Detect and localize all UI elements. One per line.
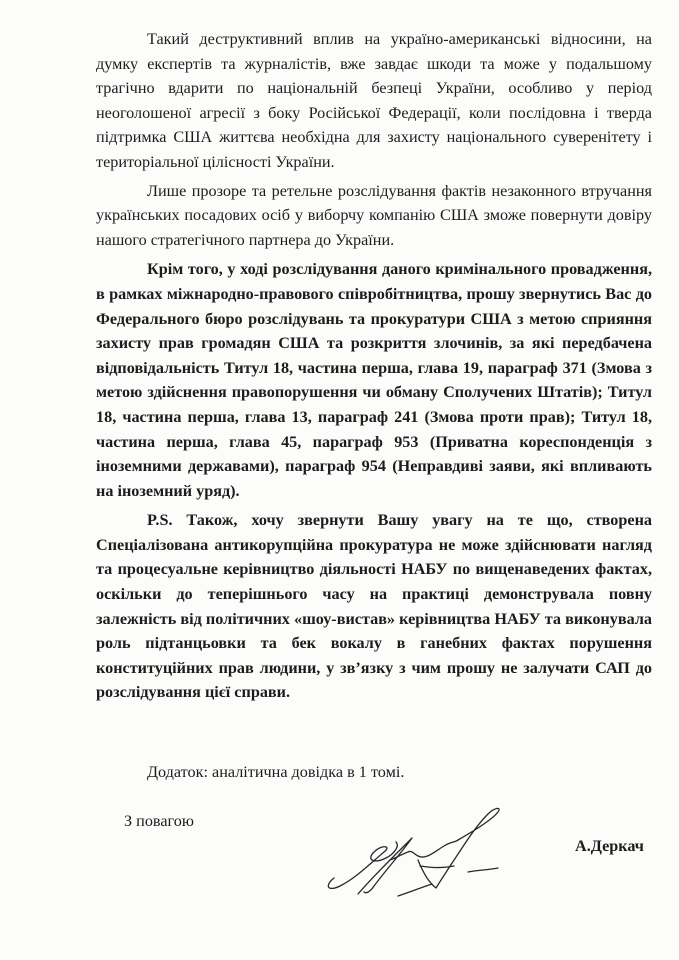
signature-icon — [322, 800, 522, 910]
signer-name: А.Деркач — [575, 837, 644, 856]
attachment-note: Додаток: аналітична довідка в 1 томі. — [147, 763, 404, 782]
paragraph-impact: Такий деструктивний вплив на україно-аме… — [96, 27, 652, 175]
document-page: Такий деструктивний вплив на україно-аме… — [0, 0, 679, 960]
paragraph-postscript: P.S. Також, хочу звернути Вашу увагу на … — [96, 508, 652, 705]
letter-body: Такий деструктивний вплив на україно-аме… — [96, 27, 652, 708]
closing-salutation: З повагою — [124, 812, 194, 831]
paragraph-fbi-request: Крім того, у ході розслідування даного к… — [96, 257, 652, 503]
paragraph-investigation: Лише прозоре та ретельне розслідування ф… — [96, 179, 652, 253]
